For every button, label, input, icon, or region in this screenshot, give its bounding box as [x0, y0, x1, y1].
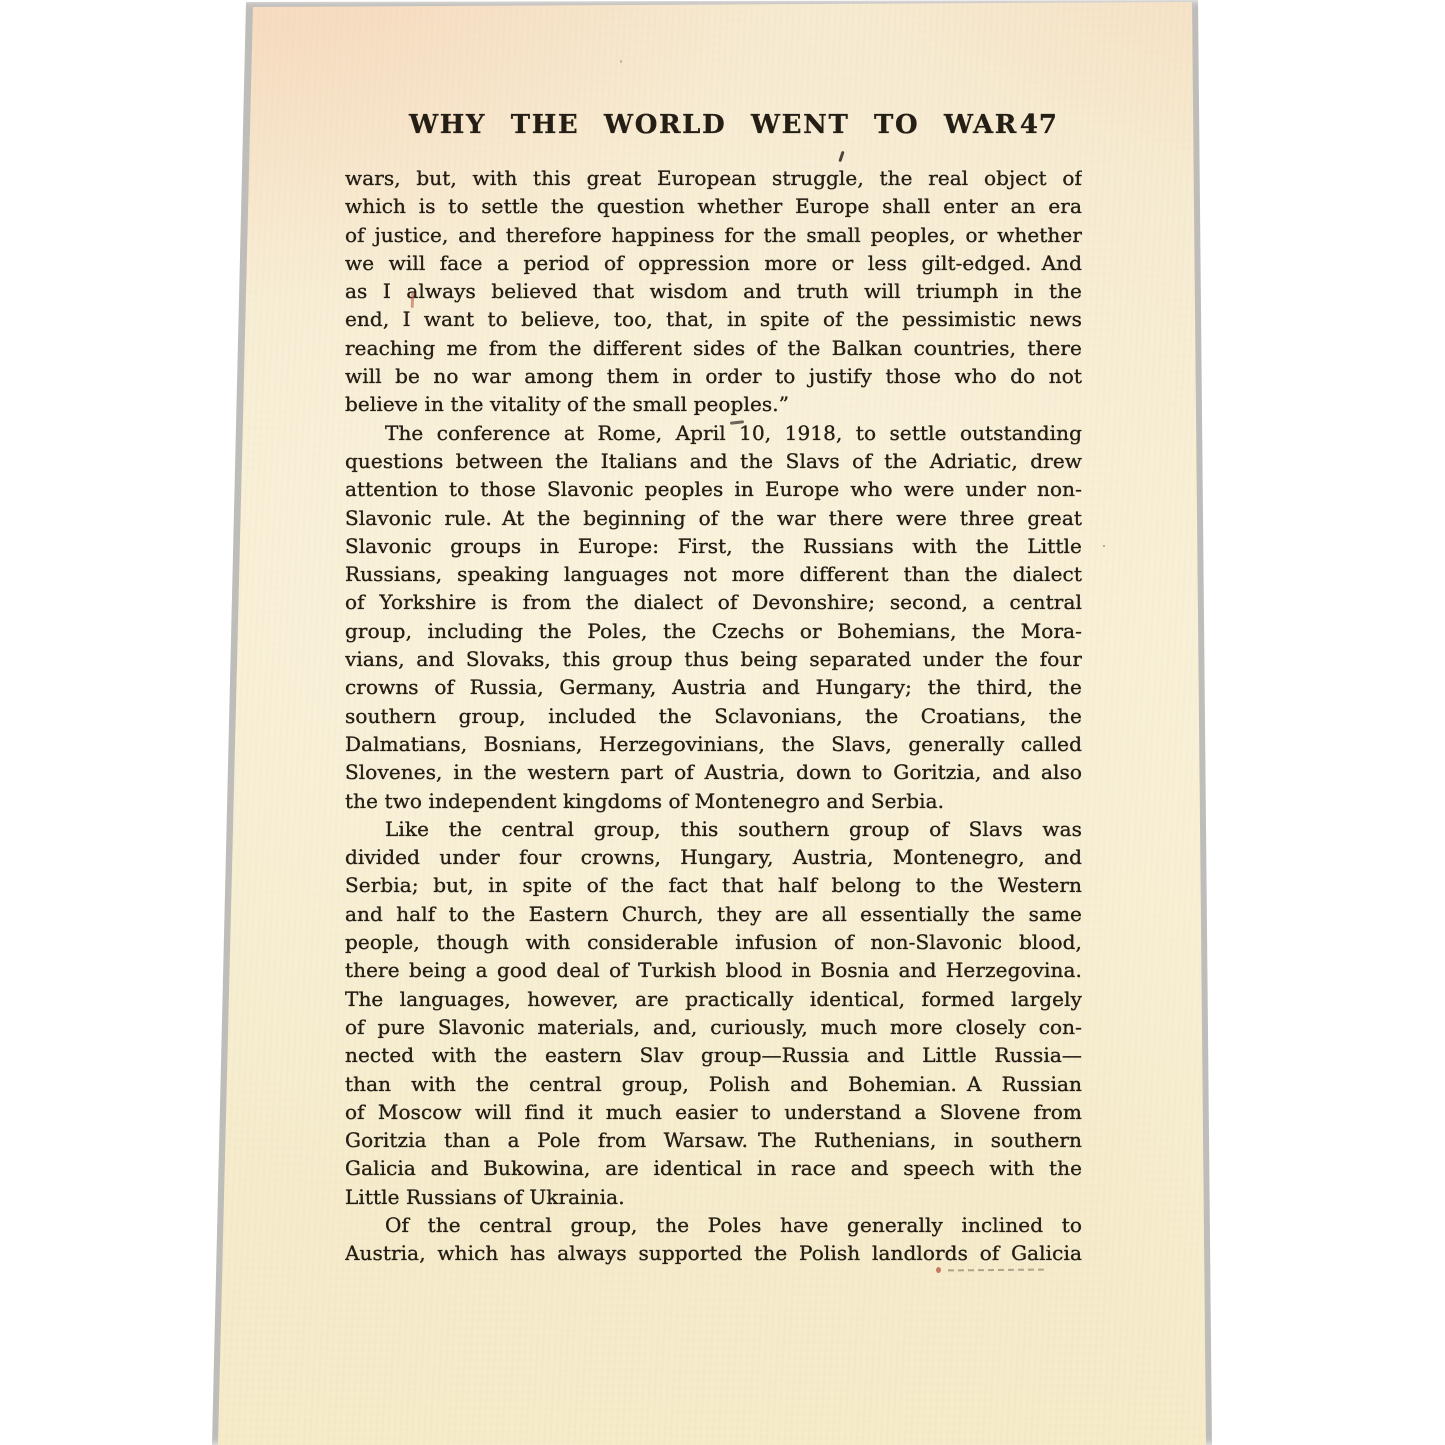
- text-line: reaching me from the different sides of …: [345, 334, 1082, 362]
- text-line: the two independent kingdoms of Monteneg…: [345, 787, 1082, 815]
- text-line: Dalmatians, Bosnians, Herzegovinians, th…: [345, 730, 1082, 758]
- text-line: crowns of Russia, Germany, Austria and H…: [345, 673, 1082, 701]
- text-line: Like the central group, this southern gr…: [345, 815, 1082, 843]
- body-text: wars, but, with this great European stru…: [345, 164, 1082, 1268]
- running-head: WHY THE WORLD WENT TO WAR 47: [345, 109, 1082, 141]
- text-line: of pure Slavonic materials, and, curious…: [345, 1013, 1082, 1041]
- text-line: questions between the Italians and the S…: [345, 447, 1082, 475]
- text-line: people, though with considerable infusio…: [345, 928, 1082, 956]
- text-line: of justice, and therefore happiness for …: [345, 221, 1082, 249]
- page-number: 47: [1020, 109, 1058, 141]
- page-title: WHY THE WORLD WENT TO WAR: [409, 110, 1018, 140]
- paragraph: Like the central group, this southern gr…: [345, 815, 1082, 1211]
- text-line: Serbia; but, in spite of the fact that h…: [345, 871, 1082, 899]
- text-line: divided under four crowns, Hungary, Aust…: [345, 843, 1082, 871]
- paragraph: The conference at Rome, April 10, 1918, …: [345, 419, 1082, 815]
- text-line: attention to those Slavonic peoples in E…: [345, 475, 1082, 503]
- text-line: Slavonic groups in Europe: First, the Ru…: [345, 532, 1082, 560]
- text-line: Galicia and Bukowina, are identical in r…: [345, 1154, 1082, 1182]
- text-line: believe in the vitality of the small peo…: [345, 390, 1082, 418]
- text-line: Of the central group, the Poles have gen…: [345, 1211, 1082, 1239]
- text-line: of Yorkshire is from the dialect of Devo…: [345, 588, 1082, 616]
- text-line: end, I want to believe, too, that, in sp…: [345, 305, 1082, 333]
- paragraph: Of the central group, the Poles have gen…: [345, 1211, 1082, 1268]
- text-line: Goritzia than a Pole from Warsaw. The Ru…: [345, 1126, 1082, 1154]
- text-line: The conference at Rome, April 10, 1918, …: [345, 419, 1082, 447]
- text-line: and half to the Eastern Church, they are…: [345, 900, 1082, 928]
- text-line: Austria, which has always supported the …: [345, 1239, 1082, 1267]
- text-line: we will face a period of oppression more…: [345, 249, 1082, 277]
- text-line: will be no war among them in order to ju…: [345, 362, 1082, 390]
- text-line: nected with the eastern Slav group—Russi…: [345, 1041, 1082, 1069]
- scanned-book-page: WHY THE WORLD WENT TO WAR 47 wars, but, …: [0, 0, 1445, 1445]
- text-line: Little Russians of Ukrainia.: [345, 1183, 1082, 1211]
- text-line: Slavonic rule. At the beginning of the w…: [345, 504, 1082, 532]
- text-line: Slovenes, in the western part of Austria…: [345, 758, 1082, 786]
- text-line: wars, but, with this great European stru…: [345, 164, 1082, 192]
- text-line: southern group, included the Sclavonians…: [345, 702, 1082, 730]
- text-line: The languages, however, are practically …: [345, 985, 1082, 1013]
- text-line: as I always believed that wisdom and tru…: [345, 277, 1082, 305]
- paragraph: wars, but, with this great European stru…: [345, 164, 1082, 419]
- text-line: of Moscow will find it much easier to un…: [345, 1098, 1082, 1126]
- text-line: group, including the Poles, the Czechs o…: [345, 617, 1082, 645]
- text-line: than with the central group, Polish and …: [345, 1070, 1082, 1098]
- text-line: there being a good deal of Turkish blood…: [345, 956, 1082, 984]
- text-line: vians, and Slovaks, this group thus bein…: [345, 645, 1082, 673]
- text-line: which is to settle the question whether …: [345, 192, 1082, 220]
- text-line: Russians, speaking languages not more di…: [345, 560, 1082, 588]
